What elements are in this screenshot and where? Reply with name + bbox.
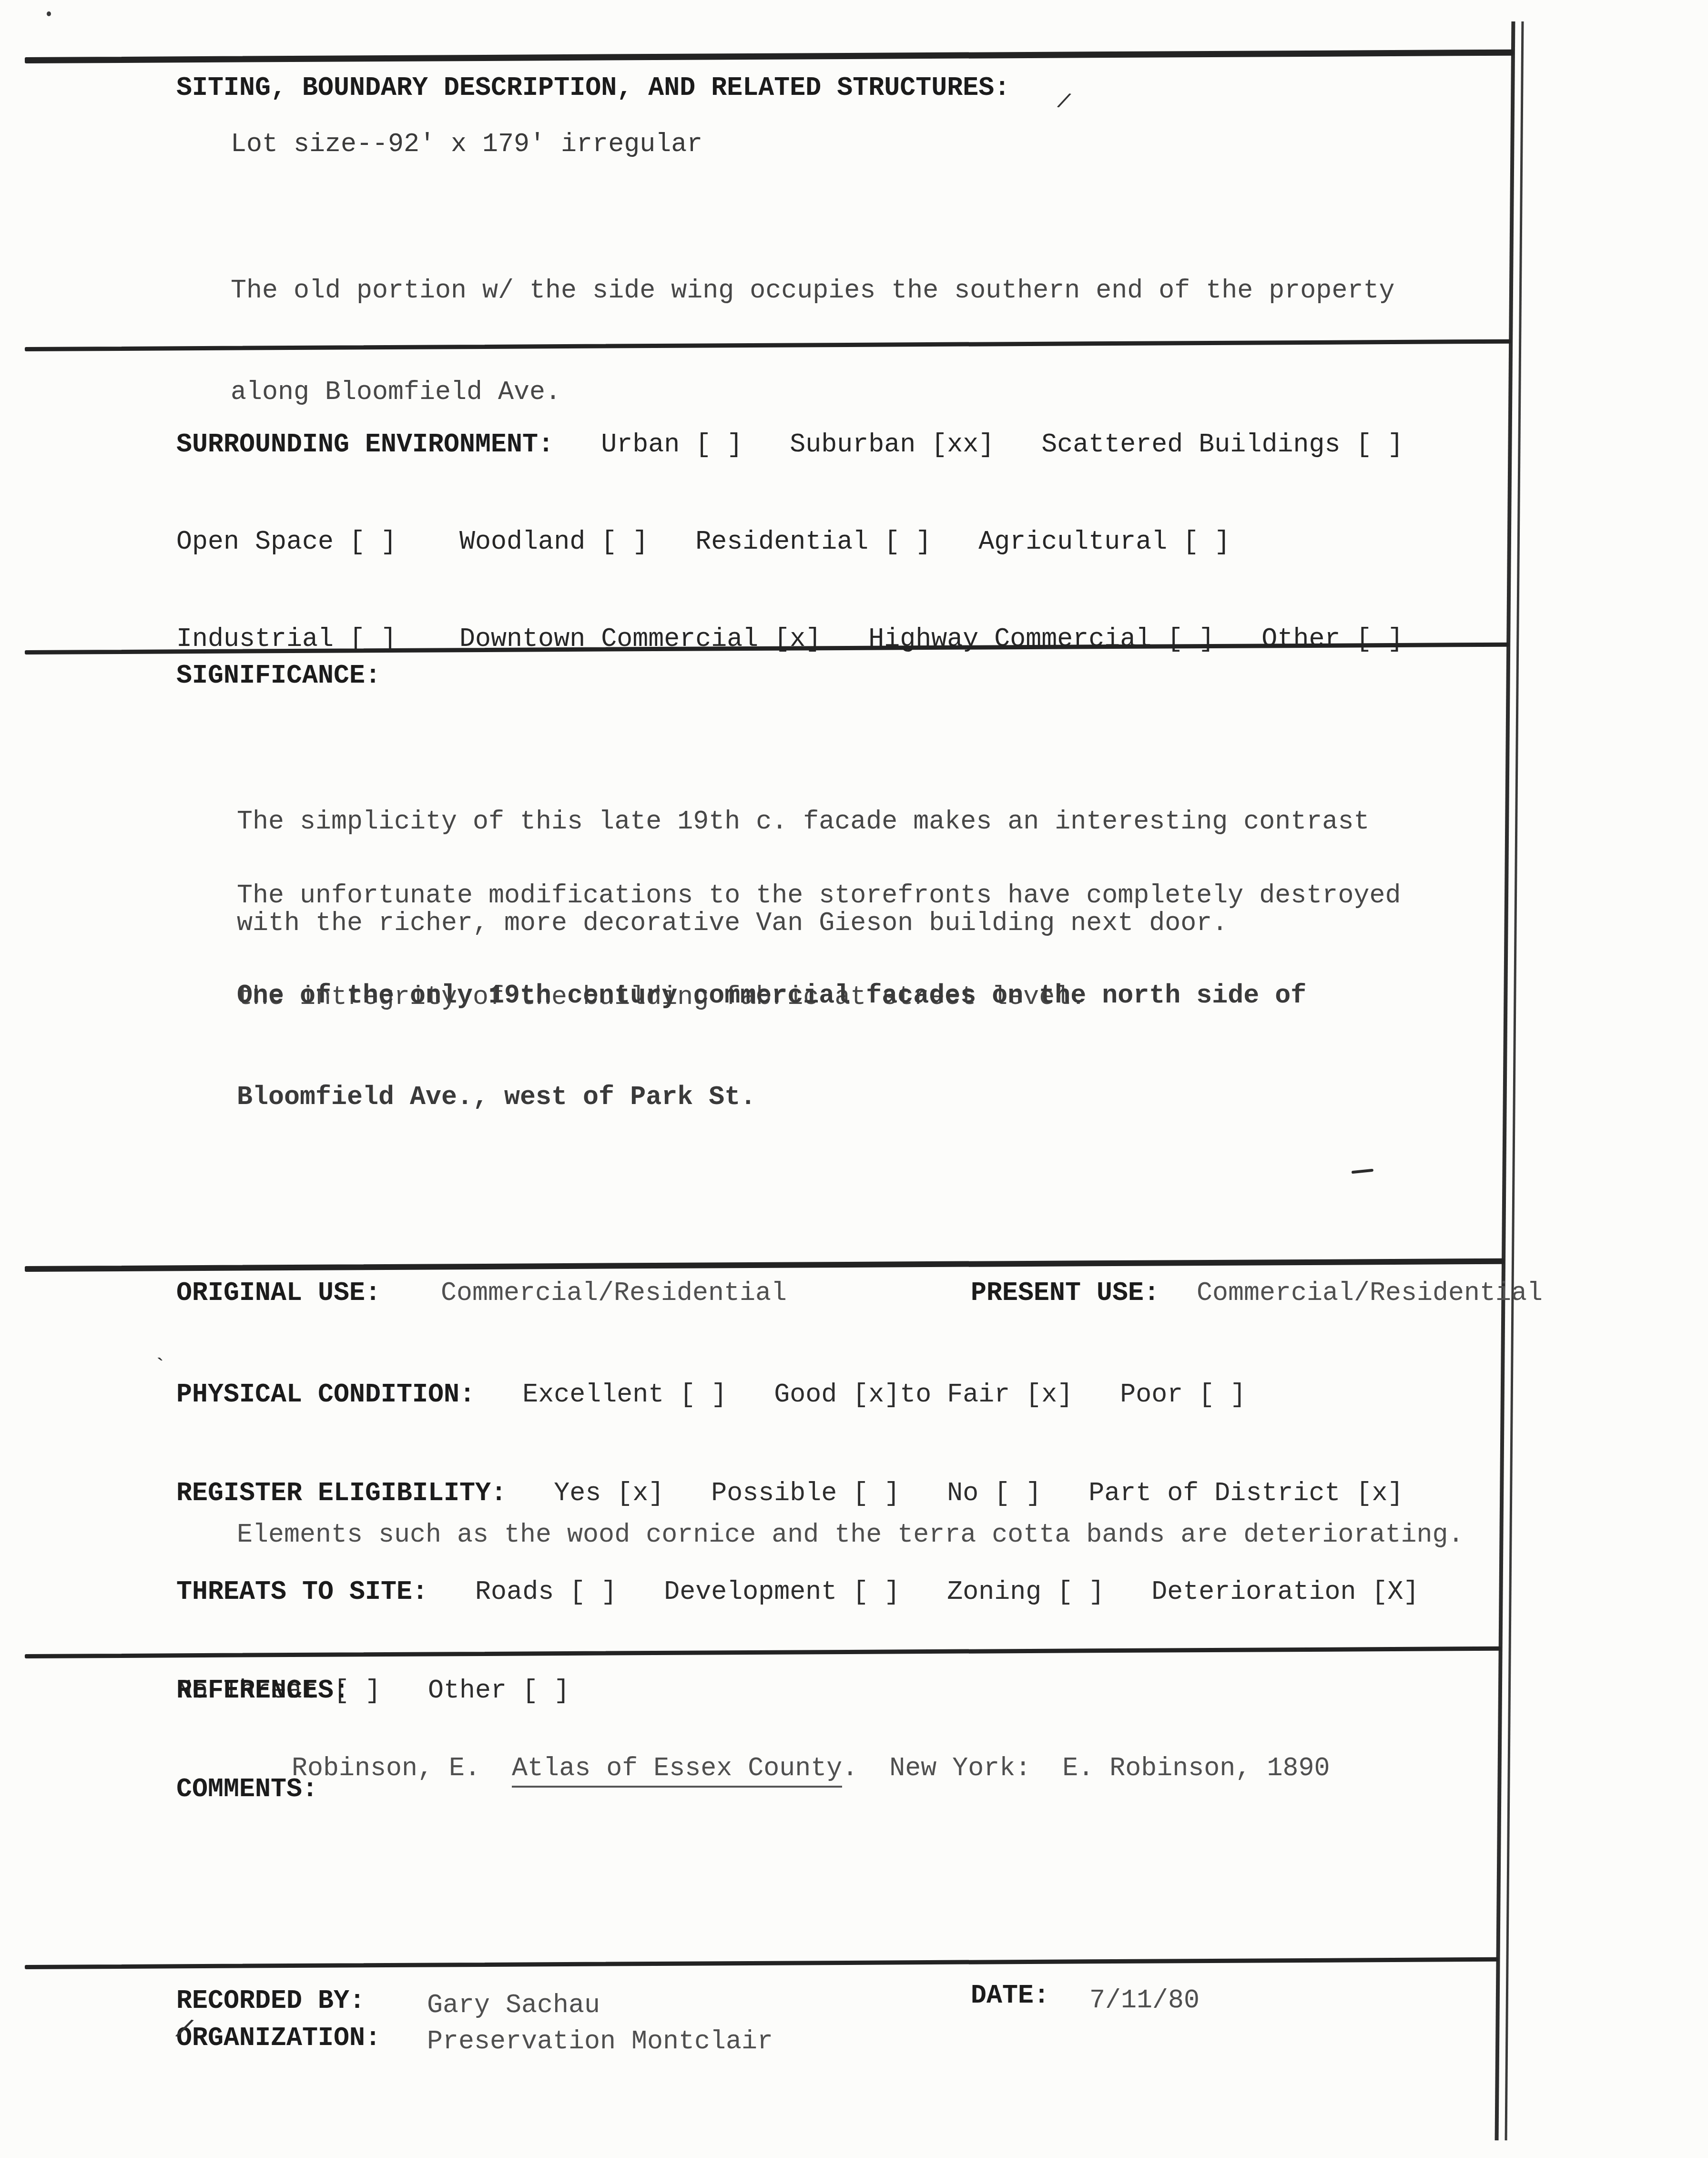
physical-condition-label: PHYSICAL CONDITION: [176,1380,475,1410]
section-divider-top [25,50,1514,63]
present-use-value: Commercial/Residential [1197,1278,1543,1308]
threats-to-site-label: THREATS TO SITE: [176,1577,428,1607]
citation-author: Robinson, E. [292,1753,512,1783]
date-value: 7/11/80 [1089,1984,1200,2017]
surrounding-environment-options-row-1: Urban [ ] Suburban [xx] Scattered Buildi… [554,430,1403,460]
no-threat-line: No Threat [ ] Other [ ] [176,1674,1419,1707]
register-eligibility-label: REGISTER ELIGIBILITY: [176,1478,507,1508]
section-divider-use [25,1258,1504,1272]
original-use-value: Commercial/Residential [441,1278,787,1308]
handwritten-dash-mark [1352,1169,1373,1174]
surrounding-environment-line-2: Open Space [ ] Woodland [ ] Residential … [176,526,1403,558]
present-use-label: PRESENT USE: [971,1278,1159,1308]
use-line: ORIGINAL USE: Commercial/Residential PRE… [176,1278,1708,1311]
siting-description-line-1: The old portion w/ the side wing occupie… [231,274,1394,307]
section-divider-footer [25,1957,1498,1969]
recorded-by-value: Gary Sachau [427,1989,600,2022]
significance-paragraph-3: One of the only 19th century commercial … [237,911,1306,1182]
recorded-by-label: RECORDED BY: [176,1984,365,2017]
historic-survey-form-page: SITING, BOUNDARY DESCRIPTION, AND RELATE… [0,0,1708,2158]
comments-text: Elements such as the wood cornice and th… [237,1518,1464,1551]
lot-size-line: Lot size--92' x 179' irregular [231,128,702,161]
significance-paragraph-3-line-2: Bloomfield Ave., west of Park St. [237,1080,1306,1114]
surrounding-environment-line-1: SURROUNDING ENVIRONMENT: Urban [ ] Subur… [176,429,1403,461]
significance-paragraph-3-line-1: One of the only 19th century commercial … [237,979,1306,1013]
physical-condition-options: Excellent [ ] Good [x]to Fair [x] Poor [… [475,1380,1246,1410]
citation-publisher: . New York: E. Robinson, 1890 [842,1753,1330,1783]
threats-to-site-options: Roads [ ] Development [ ] Zoning [ ] Det… [428,1577,1419,1607]
significance-paragraph-2-line-1: The unfortunate modifications to the sto… [237,879,1401,912]
surrounding-environment-label: SURROUNDING ENVIRONMENT: [176,430,554,460]
register-eligibility-options: Yes [x] Possible [ ] No [ ] Part of Dist… [507,1478,1403,1508]
handwritten-slash-mark: / [1055,90,1073,114]
references-section-heading: REFERENCES: [176,1674,349,1707]
threats-to-site-line: THREATS TO SITE: Roads [ ] Development [… [176,1575,1419,1608]
siting-section-heading: SITING, BOUNDARY DESCRIPTION, AND RELATE… [176,72,1010,104]
citation-title-underlined: Atlas of Essex County [512,1753,842,1788]
original-use-label: ORIGINAL USE: [176,1278,381,1308]
organization-value: Preservation Montclair [427,2025,773,2058]
date-label: DATE: [971,1979,1049,2012]
organization-label: ORGANIZATION: [176,2022,381,2055]
reference-citation: Robinson, E. Atlas of Essex County. New … [229,1719,1330,1818]
scan-speck [47,11,51,16]
handwritten-tick-mark: ` [153,1357,167,1379]
physical-condition-line: PHYSICAL CONDITION: Excellent [ ] Good [… [176,1378,1419,1411]
significance-section-heading: SIGNIFICANCE: [176,659,381,692]
register-eligibility-line: REGISTER ELIGIBILITY: Yes [x] Possible [… [176,1477,1419,1510]
